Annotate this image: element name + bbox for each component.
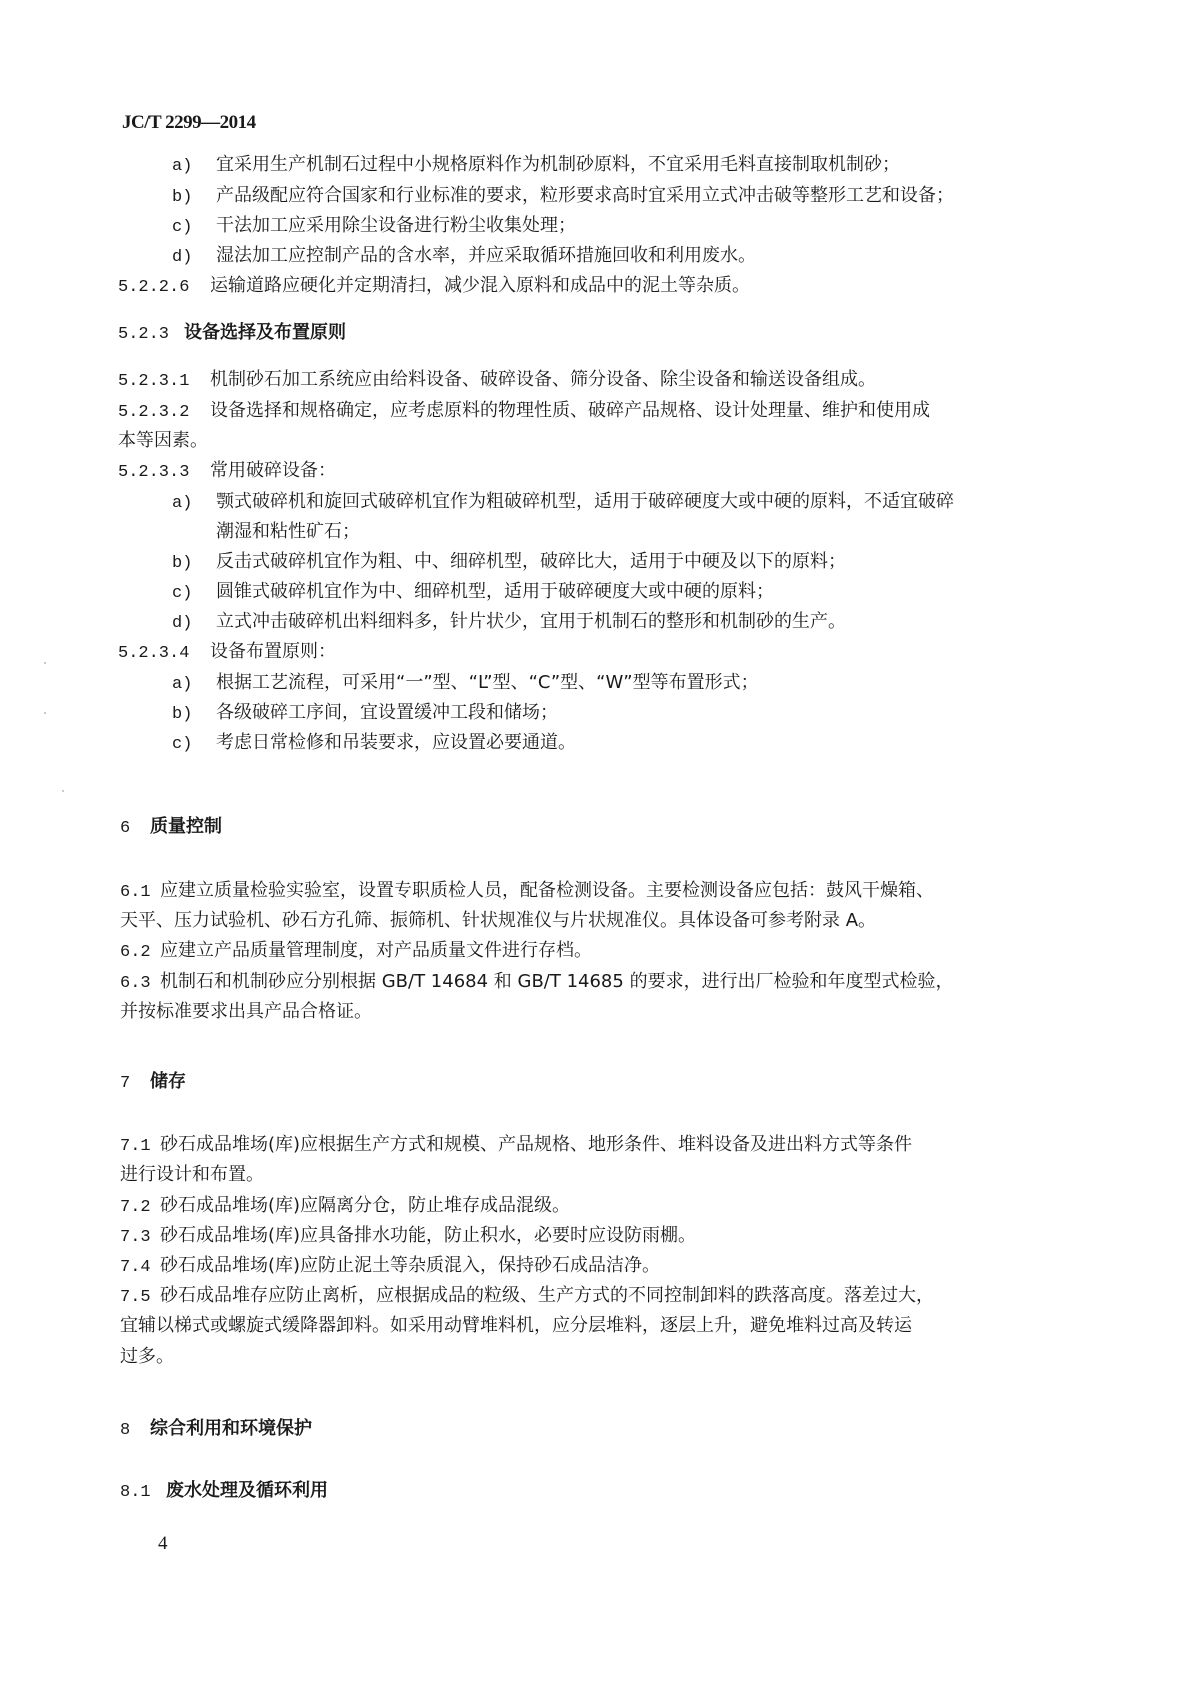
list-item: b)反击式破碎机宜作为粗、中、细碎机型，破碎比大，适用于中硬及以下的原料； [172, 551, 846, 575]
section-heading-8-1: 8.1废水处理及循环利用 [120, 1480, 328, 1504]
page-number: 4 [158, 1533, 168, 1555]
list-item: b)各级破碎工序间，宜设置缓冲工段和储场； [172, 702, 558, 726]
clause-7-1-continued: 进行设计和布置。 [120, 1164, 264, 1186]
section-heading-5-2-3: 5.2.3设备选择及布置原则 [118, 322, 346, 346]
document-id-header: JC/T 2299—2014 [122, 112, 256, 134]
clause-7-1: 7.1砂石成品堆场(库)应根据生产方式和规模、产品规格、地形条件、堆料设备及进出… [120, 1134, 912, 1158]
list-item: c)考虑日常检修和吊装要求，应设置必要通道。 [172, 732, 576, 756]
clause-6-3: 6.3机制石和机制砂应分别根据 GB/T 14684 和 GB/T 14685 … [120, 971, 954, 995]
clause-6-3-continued: 并按标准要求出具产品合格证。 [120, 1001, 372, 1023]
clause-6-1: 6.1应建立质量检验实验室，设置专职质检人员，配备检测设备。主要检测设备应包括：… [120, 880, 934, 904]
section-heading-6: 6质量控制 [120, 816, 222, 840]
list-item: c)干法加工应采用除尘设备进行粉尘收集处理； [172, 215, 576, 239]
clause-7-5-continued-2: 过多。 [120, 1346, 174, 1368]
list-item: a)颚式破碎机和旋回式破碎机宜作为粗破碎机型，适用于破碎硬度大或中硬的原料，不适… [172, 491, 954, 515]
clause-6-1-continued: 天平、压力试验机、砂石方孔筛、振筛机、针状规准仪与片状规准仪。具体设备可参考附录… [120, 910, 876, 932]
document-page: JC/T 2299—2014 a)宜采用生产机制石过程中小规格原料作为机制砂原料… [0, 0, 1192, 1682]
clause-5-2-3-4: 5.2.3.4设备布置原则： [118, 641, 336, 665]
clause-5-2-2-6: 5.2.2.6运输道路应硬化并定期清扫，减少混入原料和成品中的泥土等杂质。 [118, 275, 750, 299]
list-item: d)湿法加工应控制产品的含水率，并应采取循环措施回收和利用废水。 [172, 245, 756, 269]
clause-7-5-continued: 宜辅以梯式或螺旋式缓降器卸料。如采用动臂堆料机，应分层堆料，逐层上升，避免堆料过… [120, 1315, 912, 1337]
scan-speck [44, 662, 46, 664]
list-item: d)立式冲击破碎机出料细料多，针片状少，宜用于机制石的整形和机制砂的生产。 [172, 611, 846, 635]
clause-7-4: 7.4砂石成品堆场(库)应防止泥土等杂质混入，保持砂石成品洁净。 [120, 1255, 660, 1279]
scan-speck [62, 790, 64, 792]
list-item: a)宜采用生产机制石过程中小规格原料作为机制砂原料，不宜采用毛料直接制取机制砂； [172, 154, 900, 178]
list-item-continued: 潮湿和粘性矿石； [216, 521, 360, 543]
clause-7-3: 7.3砂石成品堆场(库)应具备排水功能，防止积水，必要时应设防雨棚。 [120, 1225, 696, 1249]
section-heading-7: 7储存 [120, 1071, 186, 1095]
clause-5-2-3-2: 5.2.3.2设备选择和规格确定，应考虑原料的物理性质、破碎产品规格、设计处理量… [118, 400, 930, 424]
clause-5-2-3-1: 5.2.3.1机制砂石加工系统应由给料设备、破碎设备、筛分设备、除尘设备和输送设… [118, 369, 876, 393]
list-item: b)产品级配应符合国家和行业标准的要求，粒形要求高时宜采用立式冲击破等整形工艺和… [172, 185, 954, 209]
list-item: a)根据工艺流程，可采用“一”型、“L”型、“C”型、“W”型等布置形式； [172, 672, 759, 696]
scan-speck [44, 712, 46, 714]
list-item: c)圆锥式破碎机宜作为中、细碎机型，适用于破碎硬度大或中硬的原料； [172, 581, 774, 605]
clause-6-2: 6.2应建立产品质量管理制度，对产品质量文件进行存档。 [120, 940, 592, 964]
clause-7-2: 7.2砂石成品堆场(库)应隔离分仓，防止堆存成品混级。 [120, 1195, 570, 1219]
clause-5-2-3-2-continued: 本等因素。 [118, 430, 208, 452]
section-heading-8: 8综合利用和环境保护 [120, 1418, 312, 1442]
clause-5-2-3-3: 5.2.3.3常用破碎设备： [118, 460, 336, 484]
clause-7-5: 7.5砂石成品堆存应防止离析，应根据成品的粒级、生产方式的不同控制卸料的跌落高度… [120, 1285, 934, 1309]
